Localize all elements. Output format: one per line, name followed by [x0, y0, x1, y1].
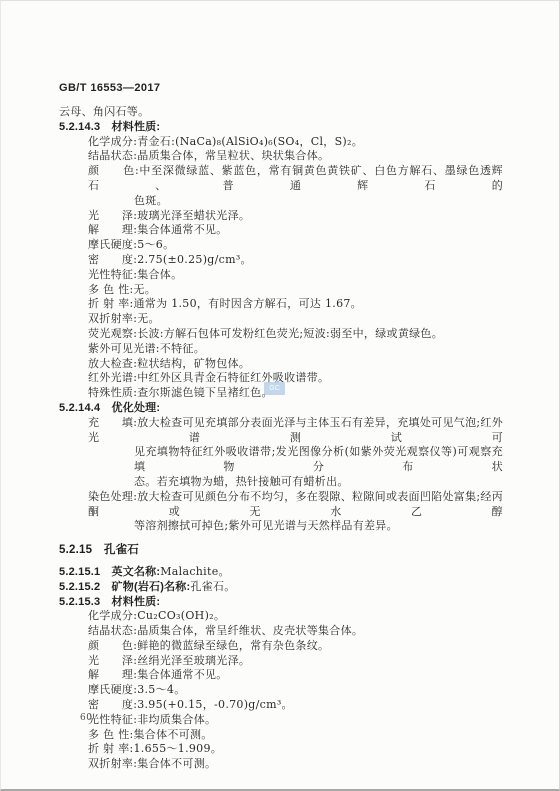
property-cleavage: 解 理:集合体通常不见。 — [88, 223, 503, 238]
property-optic: 光性特征:集合体。 — [88, 268, 503, 283]
property-crystal: 结晶状态:晶质集合体，常呈纤维状、皮壳状等集合体。 — [88, 624, 503, 639]
treatment-dyeing: 染色处理:放大检查可见颜色分布不均匀，多在裂隙、粒隙间或表面凹陷处富集;经丙酮或… — [88, 490, 503, 520]
property-birefringence: 双折射率:无。 — [88, 312, 503, 327]
property-luster: 光 泽:丝绢光泽至玻璃光泽。 — [88, 654, 503, 669]
scanned-page: GB/T 16553—2017 GC 云母、角闪石等。5.2.14.3 材料性质… — [0, 0, 560, 791]
section-5.2.15: 5.2.15 孔雀石 — [59, 543, 503, 558]
property-ri: 折 射 率:通常为 1.50，有时因含方解石，可达 1.67。 — [88, 297, 503, 312]
property-fluorescence: 荧光观察:长波:方解石包体可发粉红色荧光;短波:弱至中，绿或黄绿色。 — [88, 327, 503, 342]
property-pleochroism: 多 色 性:无。 — [88, 283, 503, 298]
treatment-filling: 充 填:放大检查可见充填部分表面光泽与主体玉石有差异，充填处可见气泡;红外光谱测… — [88, 416, 503, 446]
property-chemical: 化学成分:Cu₂CO₃(OH)₂。 — [88, 609, 503, 624]
standard-number: GB/T 16553—2017 — [59, 82, 160, 94]
text-block: 云母、角闪石等。5.2.14.3 材料性质:化学成分:青金石:(NaCa)₈(A… — [59, 105, 503, 772]
treatment-filling-cont1: 见充填物特征红外吸收谱带;发光图像分析(如紫外荧光观察仪等)可观察充填物分布状 — [134, 445, 503, 475]
clause-5.2.15.1: 5.2.15.1 英文名称:Malachite。 — [59, 565, 503, 580]
property-pleochroism: 多 色 性:集合体不可测。 — [88, 728, 503, 743]
property-cleavage: 解 理:集合体通常不见。 — [88, 668, 503, 683]
page-number: 60 — [80, 713, 92, 723]
property-uv-spectrum: 紫外可见光谱:不特征。 — [88, 342, 503, 357]
property-hardness: 摩氏硬度:5～6。 — [88, 238, 503, 253]
property-crystal: 结晶状态:晶质集合体，常呈粒状、块状集合体。 — [88, 149, 503, 164]
property-density: 密 度:3.95(+0.15，-0.70)g/cm³。 — [88, 698, 503, 713]
clause-5.2.14.4: 5.2.14.4 优化处理: — [59, 401, 503, 416]
property-color: 颜 色:鲜艳的微蓝绿至绿色，常有杂色条纹。 — [88, 639, 503, 654]
property-color: 颜 色:中至深微绿蓝、紫蓝色，常有铜黄色黄铁矿、白色方解石、墨绿色透辉石、普通辉… — [88, 164, 503, 194]
property-ir-spectrum: 红外光谱:中红外区具青金石特征红外吸收谱带。 — [88, 371, 503, 386]
property-optic: 光性特征:非均质集合体。 — [88, 713, 503, 728]
property-color-cont: 色斑。 — [134, 194, 503, 209]
property-density: 密 度:2.75(±0.25)g/cm³。 — [88, 253, 503, 268]
clause-5.2.14.3: 5.2.14.3 材料性质: — [59, 120, 503, 135]
property-chemical: 化学成分:青金石:(NaCa)₈(AlSiO₄)₆(SO₄，Cl，S)₂。 — [88, 135, 503, 150]
body-line: 云母、角闪石等。 — [59, 105, 503, 120]
treatment-dyeing-cont: 等溶剂擦拭可掉色;紫外可见光谱与天然样品有差异。 — [134, 519, 503, 534]
property-special: 特殊性质:查尔斯滤色镜下呈褚红色。 — [88, 386, 503, 401]
property-magnification: 放大检查:粒状结构，矿物包体。 — [88, 357, 503, 372]
clause-5.2.15.2: 5.2.15.2 矿物(岩石)名称:孔雀石。 — [59, 580, 503, 595]
property-hardness: 摩氏硬度:3.5～4。 — [88, 683, 503, 698]
clause-5.2.15.3: 5.2.15.3 材料性质: — [59, 595, 503, 610]
property-ri: 折 射 率:1.655～1.909。 — [88, 742, 503, 757]
property-luster: 光 泽:玻璃光泽至蜡状光泽。 — [88, 209, 503, 224]
property-birefringence: 双折射率:集合体不可测。 — [88, 757, 503, 772]
treatment-filling-cont2: 态。若充填物为蜡，热针接触可有蜡析出。 — [134, 475, 503, 490]
